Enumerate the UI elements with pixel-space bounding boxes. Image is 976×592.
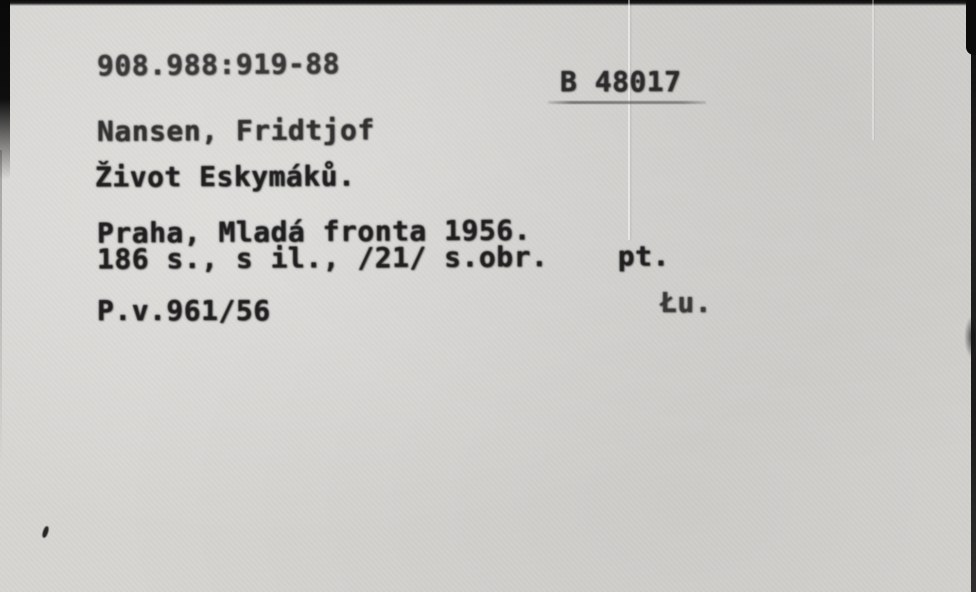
- accession-number-underline: [548, 101, 706, 104]
- author-heading: Nansen, Fridtjof: [97, 115, 375, 146]
- title-line: Život Eskymáků.: [95, 162, 355, 193]
- scan-top-edge: [0, 0, 976, 6]
- paper-crease: [628, 0, 630, 240]
- record-number: P.v.961/56: [97, 296, 271, 326]
- scan-right-top-corner: [966, 0, 976, 55]
- cataloguer-initials: Łu.: [660, 288, 712, 318]
- scan-right-edge: [971, 0, 976, 592]
- scan-left-edge-faint: [0, 150, 2, 470]
- paper-crease-secondary: [872, 0, 874, 140]
- catalog-card-scan: 908.988:919-88 B 48017 Nansen, Fridtjof …: [0, 0, 976, 592]
- ink-smudge: [964, 315, 975, 359]
- imprint-line-2: 186 s., s il., /21/ s.obr. pt.: [97, 242, 670, 275]
- classification-number: 908.988:919-88: [97, 49, 340, 81]
- ink-speck: [41, 526, 49, 539]
- accession-number: B 48017: [560, 67, 682, 97]
